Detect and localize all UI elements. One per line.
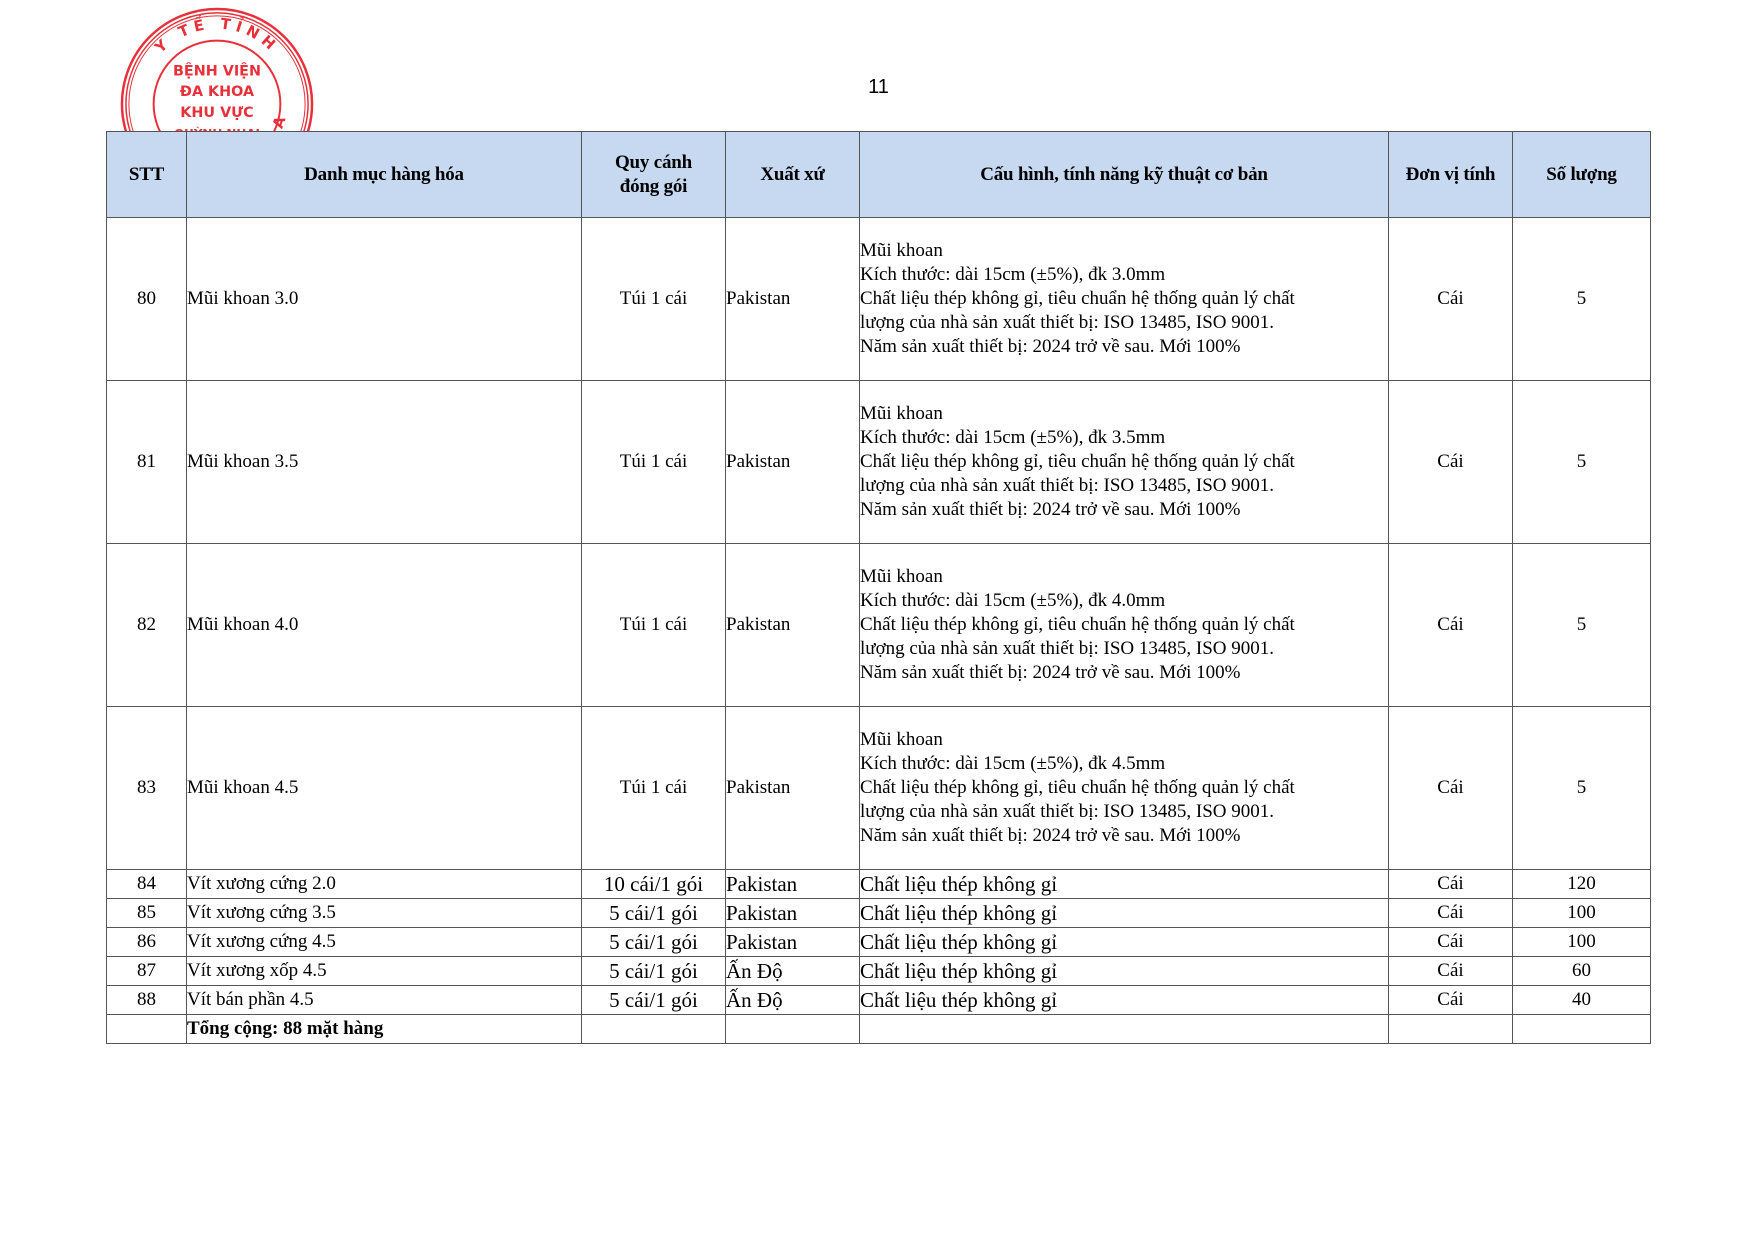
cell-origin: Pakistan	[726, 928, 860, 957]
spec-line: Mũi khoan	[860, 565, 1388, 589]
cell-unit: Cái	[1389, 899, 1513, 928]
header-origin: Xuất xứ	[726, 132, 860, 218]
cell-quantity: 5	[1513, 381, 1651, 544]
empty-cell	[1389, 1015, 1513, 1044]
spec-line: Chất liệu thép không gỉ	[860, 900, 1388, 926]
cell-packaging: Túi 1 cái	[582, 381, 726, 544]
empty-cell	[107, 1015, 187, 1044]
cell-packaging: Túi 1 cái	[582, 544, 726, 707]
cell-origin: Pakistan	[726, 899, 860, 928]
table-row: 80 Mũi khoan 3.0 Túi 1 cái Pakistan Mũi …	[107, 218, 1651, 381]
cell-item-name: Vít bán phần 4.5	[187, 986, 582, 1015]
spec-line: Chất liệu thép không gỉ, tiêu chuẩn hệ t…	[860, 450, 1388, 474]
cell-packaging: 5 cái/1 gói	[582, 986, 726, 1015]
cell-stt: 87	[107, 957, 187, 986]
empty-cell	[1513, 1015, 1651, 1044]
empty-cell	[582, 1015, 726, 1044]
cell-origin: Pakistan	[726, 381, 860, 544]
spec-line: Mũi khoan	[860, 728, 1388, 752]
cell-quantity: 5	[1513, 544, 1651, 707]
cell-specs: Mũi khoanKích thước: dài 15cm (±5%), đk …	[860, 218, 1389, 381]
spec-line: Kích thước: dài 15cm (±5%), đk 3.5mm	[860, 426, 1388, 450]
header-stt: STT	[107, 132, 187, 218]
header-item-name: Danh mục hàng hóa	[187, 132, 582, 218]
cell-quantity: 40	[1513, 986, 1651, 1015]
cell-stt: 81	[107, 381, 187, 544]
cell-unit: Cái	[1389, 707, 1513, 870]
table-row: 88 Vít bán phần 4.5 5 cái/1 gói Ấn Độ Ch…	[107, 986, 1651, 1015]
cell-quantity: 5	[1513, 707, 1651, 870]
table-row: 83 Mũi khoan 4.5 Túi 1 cái Pakistan Mũi …	[107, 707, 1651, 870]
cell-stt: 85	[107, 899, 187, 928]
cell-item-name: Mũi khoan 4.0	[187, 544, 582, 707]
table-row: 84 Vít xương cứng 2.0 10 cái/1 gói Pakis…	[107, 870, 1651, 899]
spec-line: Kích thước: dài 15cm (±5%), đk 4.5mm	[860, 752, 1388, 776]
spec-line: Chất liệu thép không gỉ	[860, 958, 1388, 984]
cell-quantity: 5	[1513, 218, 1651, 381]
spec-line: Năm sản xuất thiết bị: 2024 trở về sau. …	[860, 335, 1388, 359]
cell-unit: Cái	[1389, 381, 1513, 544]
cell-unit: Cái	[1389, 928, 1513, 957]
cell-packaging: Túi 1 cái	[582, 218, 726, 381]
cell-item-name: Vít xương cứng 3.5	[187, 899, 582, 928]
header-unit: Đơn vị tính	[1389, 132, 1513, 218]
cell-specs: Chất liệu thép không gỉ	[860, 928, 1389, 957]
cell-specs: Chất liệu thép không gỉ	[860, 957, 1389, 986]
spec-line: Chất liệu thép không gỉ	[860, 871, 1388, 897]
svg-text:Y TẾ TỈNH: Y TẾ TỈNH	[150, 14, 282, 57]
cell-quantity: 120	[1513, 870, 1651, 899]
cell-item-name: Mũi khoan 3.5	[187, 381, 582, 544]
cell-unit: Cái	[1389, 218, 1513, 381]
cell-packaging: 5 cái/1 gói	[582, 928, 726, 957]
cell-specs: Chất liệu thép không gỉ	[860, 986, 1389, 1015]
spec-line: Mũi khoan	[860, 239, 1388, 263]
header-quantity: Số lượng	[1513, 132, 1651, 218]
cell-quantity: 100	[1513, 899, 1651, 928]
cell-item-name: Vít xương cứng 2.0	[187, 870, 582, 899]
spec-line: lượng của nhà sản xuất thiết bị: ISO 134…	[860, 637, 1388, 661]
cell-origin: Pakistan	[726, 707, 860, 870]
total-label: Tổng cộng: 88 mặt hàng	[187, 1015, 582, 1044]
spec-line: lượng của nhà sản xuất thiết bị: ISO 134…	[860, 311, 1388, 335]
cell-unit: Cái	[1389, 870, 1513, 899]
page-number: 11	[0, 76, 1757, 99]
cell-origin: Pakistan	[726, 870, 860, 899]
cell-origin: Ấn Độ	[726, 986, 860, 1015]
empty-cell	[860, 1015, 1389, 1044]
cell-specs: Mũi khoanKích thước: dài 15cm (±5%), đk …	[860, 707, 1389, 870]
header-specs: Cấu hình, tính năng kỹ thuật cơ bản	[860, 132, 1389, 218]
cell-stt: 83	[107, 707, 187, 870]
cell-specs: Mũi khoanKích thước: dài 15cm (±5%), đk …	[860, 381, 1389, 544]
spec-line: Năm sản xuất thiết bị: 2024 trở về sau. …	[860, 498, 1388, 522]
cell-unit: Cái	[1389, 986, 1513, 1015]
cell-packaging: 5 cái/1 gói	[582, 899, 726, 928]
cell-unit: Cái	[1389, 544, 1513, 707]
cell-specs: Mũi khoanKích thước: dài 15cm (±5%), đk …	[860, 544, 1389, 707]
cell-quantity: 100	[1513, 928, 1651, 957]
cell-unit: Cái	[1389, 957, 1513, 986]
cell-item-name: Vít xương xốp 4.5	[187, 957, 582, 986]
cell-packaging: 5 cái/1 gói	[582, 957, 726, 986]
cell-packaging: Túi 1 cái	[582, 707, 726, 870]
spec-line: Năm sản xuất thiết bị: 2024 trở về sau. …	[860, 661, 1388, 685]
cell-stt: 82	[107, 544, 187, 707]
spec-line: Chất liệu thép không gỉ, tiêu chuẩn hệ t…	[860, 776, 1388, 800]
cell-origin: Pakistan	[726, 544, 860, 707]
table-row: 86 Vít xương cứng 4.5 5 cái/1 gói Pakist…	[107, 928, 1651, 957]
cell-specs: Chất liệu thép không gỉ	[860, 870, 1389, 899]
cell-item-name: Vít xương cứng 4.5	[187, 928, 582, 957]
stamp-top-text: Y TẾ TỈNH	[150, 14, 282, 57]
cell-item-name: Mũi khoan 3.0	[187, 218, 582, 381]
empty-cell	[726, 1015, 860, 1044]
spec-line: Mũi khoan	[860, 402, 1388, 426]
cell-specs: Chất liệu thép không gỉ	[860, 899, 1389, 928]
table-row: 81 Mũi khoan 3.5 Túi 1 cái Pakistan Mũi …	[107, 381, 1651, 544]
cell-stt: 88	[107, 986, 187, 1015]
cell-origin: Pakistan	[726, 218, 860, 381]
cell-item-name: Mũi khoan 4.5	[187, 707, 582, 870]
table-row: 82 Mũi khoan 4.0 Túi 1 cái Pakistan Mũi …	[107, 544, 1651, 707]
cell-stt: 84	[107, 870, 187, 899]
stamp-line-3: KHU VỰC	[180, 105, 253, 121]
spec-line: Kích thước: dài 15cm (±5%), đk 3.0mm	[860, 263, 1388, 287]
cell-origin: Ấn Độ	[726, 957, 860, 986]
table-row: 87 Vít xương xốp 4.5 5 cái/1 gói Ấn Độ C…	[107, 957, 1651, 986]
spec-line: lượng của nhà sản xuất thiết bị: ISO 134…	[860, 474, 1388, 498]
spec-line: Năm sản xuất thiết bị: 2024 trở về sau. …	[860, 824, 1388, 848]
spec-line: Kích thước: dài 15cm (±5%), đk 4.0mm	[860, 589, 1388, 613]
cell-stt: 80	[107, 218, 187, 381]
total-row: Tổng cộng: 88 mặt hàng	[107, 1015, 1651, 1044]
cell-packaging: 10 cái/1 gói	[582, 870, 726, 899]
spec-line: Chất liệu thép không gỉ	[860, 929, 1388, 955]
cell-quantity: 60	[1513, 957, 1651, 986]
table-row: 85 Vít xương cứng 3.5 5 cái/1 gói Pakist…	[107, 899, 1651, 928]
table-header-row: STT Danh mục hàng hóa Quy cánh đóng gói …	[107, 132, 1651, 218]
goods-table: STT Danh mục hàng hóa Quy cánh đóng gói …	[106, 131, 1651, 1044]
header-packaging: Quy cánh đóng gói	[582, 132, 726, 218]
spec-line: lượng của nhà sản xuất thiết bị: ISO 134…	[860, 800, 1388, 824]
spec-line: Chất liệu thép không gỉ, tiêu chuẩn hệ t…	[860, 613, 1388, 637]
spec-line: Chất liệu thép không gỉ, tiêu chuẩn hệ t…	[860, 287, 1388, 311]
spec-line: Chất liệu thép không gỉ	[860, 987, 1388, 1013]
cell-stt: 86	[107, 928, 187, 957]
